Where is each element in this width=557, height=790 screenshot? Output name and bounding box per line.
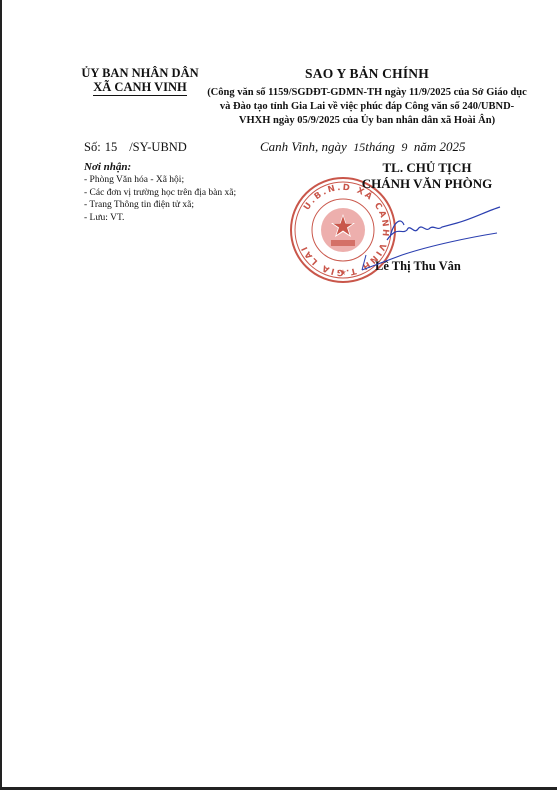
recipients-heading: Nơi nhận: (84, 161, 236, 174)
document-subtitle: (Công văn số 1159/SGDĐT-GDMN-TH ngày 11/… (207, 86, 527, 128)
date-place: Canh Vinh, ngày (260, 139, 347, 154)
recipient-item: - Phòng Văn hóa - Xã hội; (84, 174, 236, 187)
signatory-line-2: CHÁNH VĂN PHÒNG (342, 176, 512, 192)
date-day: 15 (353, 140, 365, 154)
document-number: Số:15/SY-UBND (84, 140, 187, 155)
signatory-line-1: TL. CHỦ TỊCH (342, 160, 512, 176)
handwritten-signature-icon (302, 195, 502, 285)
number-value: 15 (105, 140, 118, 154)
document-page: ỦY BAN NHÂN DÂN XÃ CANH VINH SAO Y BẢN C… (0, 0, 557, 790)
recipients-block: Nơi nhận: - Phòng Văn hóa - Xã hội; - Cá… (84, 161, 236, 224)
recipient-item: - Các đơn vị trường học trên địa bàn xã; (84, 187, 236, 200)
issuing-organization: ỦY BAN NHÂN DÂN XÃ CANH VINH (72, 66, 208, 94)
signatory-title: TL. CHỦ TỊCH CHÁNH VĂN PHÒNG (342, 160, 512, 192)
number-code: /SY-UBND (129, 140, 187, 154)
date-month-label: tháng (365, 139, 395, 154)
org-line-1: ỦY BAN NHÂN DÂN (72, 66, 208, 80)
date-year: năm 2025 (414, 139, 466, 154)
document-title-block: SAO Y BẢN CHÍNH (Công văn số 1159/SGDĐT-… (207, 66, 527, 128)
recipient-item: - Lưu: VT. (84, 212, 236, 225)
recipient-item: - Trang Thông tin điện tử xã; (84, 199, 236, 212)
document-title: SAO Y BẢN CHÍNH (207, 66, 527, 82)
date-line: Canh Vinh, ngày 15tháng 9 năm 2025 (260, 139, 466, 155)
number-label: Số: (84, 140, 101, 154)
date-month: 9 (401, 140, 407, 154)
org-line-2: XÃ CANH VINH (93, 80, 187, 94)
